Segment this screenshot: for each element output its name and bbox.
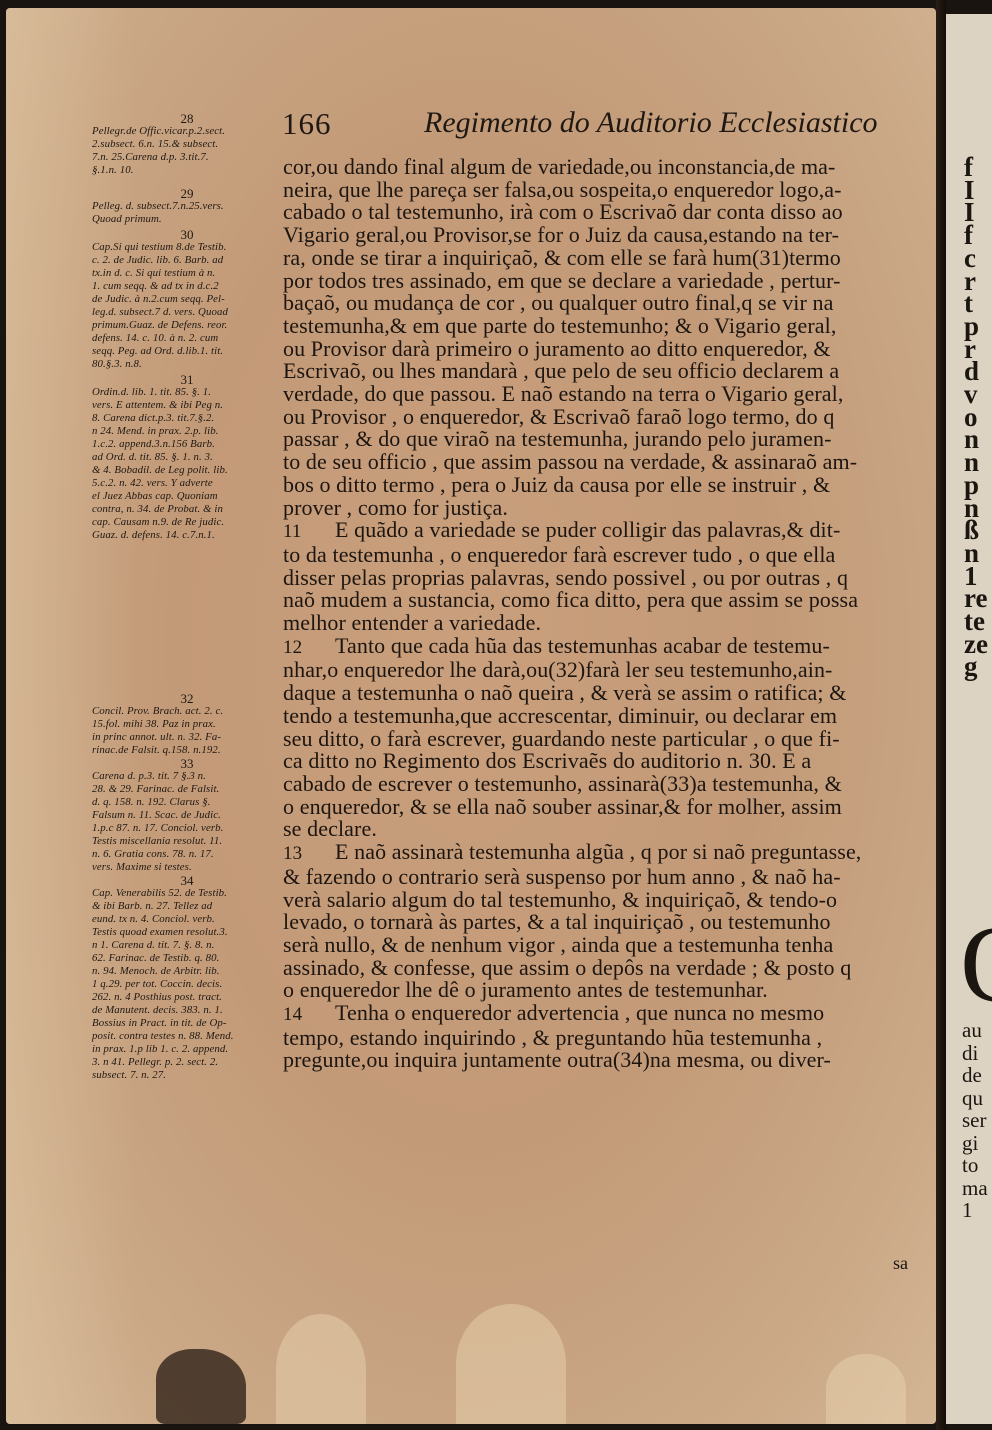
margin-notes: 28Pellegr.de Offic.vicar.p.2.sect.2.subs… (92, 112, 282, 1082)
note-line: contra, n. 34. de Probat. & in (92, 503, 282, 516)
note-number: 31 (92, 373, 282, 386)
note-line: el Juez Abbas cap. Quoniam (92, 490, 282, 503)
note-line: n. 6. Gratia cons. 78. n. 17. (92, 848, 282, 861)
note-line: in princ annot. ult. n. 32. Fa- (92, 731, 282, 744)
text-line: E naõ assinarà testemunha algũa , q por … (335, 839, 861, 864)
note-line: eund. tx n. 4. Conciol. verb. (92, 913, 282, 926)
note-line: Cap.Si qui testium 8.de Testib. (92, 241, 282, 254)
text-line: cor,ou dando final algum de variedade,ou… (283, 156, 923, 179)
ink-stain (156, 1349, 246, 1424)
note-line: 3. n 41. Pellegr. p. 2. sect. 2. (92, 1056, 282, 1069)
note-line: vers. E attentem. & ibi Peg n. (92, 399, 282, 412)
facing-text-fragment: au (962, 1020, 982, 1041)
text-line: passar , & do que viraõ na testemunha, j… (283, 428, 923, 451)
section-first-line: 14Tenha o enqueredor advertencia , que n… (283, 1002, 923, 1027)
text-line: ca ditto no Regimento dos Escrivaẽs do a… (283, 750, 923, 773)
text-line: neira, que lhe pareça ser falsa,ou sospe… (283, 179, 923, 202)
text-line: bos o ditto termo , pera o Juiz da causa… (283, 474, 923, 497)
running-title: Regimento do Auditorio Ecclesiastico (424, 106, 878, 140)
note-line: n 24. Mend. in prax. 2.p. lib. (92, 425, 282, 438)
facing-text-fragment: gi (962, 1133, 978, 1154)
note-line: seqq. Peg. ad Ord. d.lib.1. tit. (92, 345, 282, 358)
note-line: Ordin.d. lib. 1. tit. 85. §. 1. (92, 386, 282, 399)
note-line: Testis miscellania resolut. 11. (92, 835, 282, 848)
text-line: & fazendo o contrario serà suspenso por … (283, 866, 923, 889)
text-line: daque a testemunha o naõ queira , & verà… (283, 682, 923, 705)
section-first-line: 12Tanto que cada hũa das testemunhas aca… (283, 635, 923, 660)
note-line: 28. & 29. Farinac. de Falsit. (92, 783, 282, 796)
note-line: c. 2. de Judic. lib. 6. Barb. ad (92, 254, 282, 267)
note-number: 32 (92, 692, 282, 705)
note-line: de Manutent. decis. 383. n. 1. (92, 1004, 282, 1017)
note-line: 1. cum seqq. & ad tx in d.c.2 (92, 280, 282, 293)
facing-text-fragment: ma (962, 1178, 988, 1199)
note-line: Carena d. p.3. tit. 7 §.3 n. (92, 770, 282, 783)
text-line: verà salario algum do tal testemunho, & … (283, 889, 923, 912)
text-line: tempo, estando inquirindo , & preguntand… (283, 1027, 923, 1050)
facing-text-fragment: to (962, 1155, 978, 1176)
note-number: 34 (92, 874, 282, 887)
section-number: 12 (283, 637, 335, 660)
section-number: 13 (283, 843, 335, 866)
margin-note: 34Cap. Venerabilis 52. de Testib.& ibi B… (92, 874, 282, 1082)
margin-note: 29Pelleg. d. subsect.7.n.25.vers.Quoad p… (92, 187, 282, 226)
note-line: & ibi Barb. n. 27. Tellez ad (92, 900, 282, 913)
text-line: serà nullo, & de nenhum vigor , ainda qu… (283, 934, 923, 957)
numbered-section: 11E quãdo a variedade se puder colligir … (283, 519, 923, 635)
note-line: d. q. 158. n. 192. Clarus §. (92, 796, 282, 809)
text-line: Tanto que cada hũa das testemunhas acaba… (335, 633, 830, 658)
note-line: 8. Carena dict.p.3. tit.7.§.2. (92, 412, 282, 425)
note-line: Falsum n. 11. Scac. de Judic. (92, 809, 282, 822)
text-line: tendo a testemunha,que accrescentar, dim… (283, 705, 923, 728)
note-line: Concil. Prov. Brach. act. 2. c. (92, 705, 282, 718)
numbered-section: 14Tenha o enqueredor advertencia , que n… (283, 1002, 923, 1072)
note-line: subsect. 7. n. 27. (92, 1069, 282, 1082)
facing-text-fragment: ser (962, 1110, 987, 1131)
note-line: Guaz. d. defens. 14. c.7.n.1. (92, 529, 282, 542)
text-line: se declare. (283, 818, 923, 841)
catchword: sa (893, 1253, 908, 1274)
note-line: posit. contra testes n. 88. Mend. (92, 1030, 282, 1043)
note-line: 1.c.2. append.3.n.156 Barb. (92, 438, 282, 451)
note-line: n. 94. Menoch. de Arbitr. lib. (92, 965, 282, 978)
text-line: nhar,o enqueredor lhe darà,ou(32)farà le… (283, 659, 923, 682)
text-line: testemunha,& em que parte do testemunho;… (283, 315, 923, 338)
numbered-section: 13E naõ assinarà testemunha algũa , q po… (283, 841, 923, 1002)
note-line: defens. 14. c. 10. à n. 2. cum (92, 332, 282, 345)
text-line: baçaõ, ou mudança de cor , ou qualquer o… (283, 292, 923, 315)
text-line: por todos tres assinado, em que se decla… (283, 270, 923, 293)
margin-note: 32Concil. Prov. Brach. act. 2. c.15.fol.… (92, 692, 282, 757)
note-line: §.1.n. 10. (92, 164, 282, 177)
book-gutter (936, 0, 946, 1430)
facing-text-fragment: di (962, 1043, 978, 1064)
text-line: o enqueredor lhe dê o juramento antes de… (283, 979, 923, 1002)
note-line: primum.Guaz. de Defens. reor. (92, 319, 282, 332)
drop-cap: O (960, 919, 992, 1009)
text-line: Escrivaõ, ou lhes mandarà , que pelo de … (283, 360, 923, 383)
note-line: Cap. Venerabilis 52. de Testib. (92, 887, 282, 900)
text-line: disser pelas proprias palavras, sendo po… (283, 567, 923, 590)
text-line: pregunte,ou inquira juntamente outra(34)… (283, 1049, 923, 1072)
note-line: tx.in d. c. Si qui testium à n. (92, 267, 282, 280)
text-line: naõ mudem a sustancia, como fica ditto, … (283, 589, 923, 612)
text-line: ou Provisor , o enqueredor, & Escrivaõ f… (283, 406, 923, 429)
note-line: 15.fol. mihi 38. Paz in prax. (92, 718, 282, 731)
text-line: Tenha o enqueredor advertencia , que nun… (335, 1000, 824, 1025)
numbered-section: 12Tanto que cada hũa das testemunhas aca… (283, 635, 923, 841)
section-number: 14 (283, 1004, 335, 1027)
water-stain (456, 1304, 566, 1424)
text-line: melhor entender a variedade. (283, 612, 923, 635)
note-line: 1.p.c 87. n. 17. Conciol. verb. (92, 822, 282, 835)
note-line: 2.subsect. 6.n. 15.& subsect. (92, 138, 282, 151)
note-line: ad Ord. d. tit. 85. §. 1. n. 3. (92, 451, 282, 464)
margin-note: 33Carena d. p.3. tit. 7 §.3 n.28. & 29. … (92, 757, 282, 874)
text-line: levado, o tornarà às partes, & a tal inq… (283, 911, 923, 934)
note-line: 7.n. 25.Carena d.p. 3.tit.7. (92, 151, 282, 164)
text-line: seu ditto, o farà escrever, guardando ne… (283, 728, 923, 751)
text-line: verdade, do que passou. E naõ estando na… (283, 383, 923, 406)
facing-text-fragment: qu (962, 1088, 983, 1109)
note-line: Pelleg. d. subsect.7.n.25.vers. (92, 200, 282, 213)
text-line: ra, onde se tirar a inquiriçaõ, & com el… (283, 247, 923, 270)
note-line: n 1. Carena d. tit. 7. §. 8. n. (92, 939, 282, 952)
note-number: 30 (92, 228, 282, 241)
note-number: 33 (92, 757, 282, 770)
facing-text-fragment: g (964, 653, 978, 680)
note-line: de Judic. à n.2.cum seqq. Pel- (92, 293, 282, 306)
note-line: 80.§.3. n.8. (92, 358, 282, 371)
text-line: to da testemunha , o enqueredor farà esc… (283, 544, 923, 567)
note-line: Quoad primum. (92, 213, 282, 226)
note-number: 29 (92, 187, 282, 200)
text-line: Vigario geral,ou Provisor,se for o Juiz … (283, 224, 923, 247)
margin-note: 30Cap.Si qui testium 8.de Testib.c. 2. d… (92, 228, 282, 371)
margin-note: 31Ordin.d. lib. 1. tit. 85. §. 1.vers. E… (92, 373, 282, 542)
main-text: cor,ou dando final algum de variedade,ou… (283, 156, 923, 1072)
note-number: 28 (92, 112, 282, 125)
note-line: in prax. 1.p lib 1. c. 2. append. (92, 1043, 282, 1056)
section-number: 11 (283, 521, 335, 544)
text-line: to de seu officio , que assim passou na … (283, 451, 923, 474)
note-line: 1 q.29. per tot. Coccin. decis. (92, 978, 282, 991)
note-line: 5.c.2. n. 42. vers. Y adverte (92, 477, 282, 490)
water-stain (826, 1354, 906, 1424)
text-line: cabado o tal testemunho, irà com o Escri… (283, 201, 923, 224)
text-line: E quãdo a variedade se puder colligir da… (335, 517, 840, 542)
facing-page: O fIIfcrtprdvonnpnßn1retezegaudidequserg… (946, 14, 992, 1424)
text-line: cabado de escrever o testemunho, assinar… (283, 773, 923, 796)
text-line: ou Provisor darà primeiro o juramento ao… (283, 338, 923, 361)
note-line: leg.d. subsect.7 d. vers. Quoad (92, 306, 282, 319)
note-line: Pellegr.de Offic.vicar.p.2.sect. (92, 125, 282, 138)
section-first-line: 13E naõ assinarà testemunha algũa , q po… (283, 841, 923, 866)
section-first-line: 11E quãdo a variedade se puder colligir … (283, 519, 923, 544)
text-line: prover , como for justiça. (283, 497, 923, 520)
note-line: & 4. Bobadil. de Leg polit. lib. (92, 464, 282, 477)
margin-note: 28Pellegr.de Offic.vicar.p.2.sect.2.subs… (92, 112, 282, 177)
note-line: Testis quoad examen resolut.3. (92, 926, 282, 939)
text-line: assinado, & confesse, que assim o depôs … (283, 957, 923, 980)
text-line: o enqueredor, & se ella naõ souber assin… (283, 796, 923, 819)
facing-text-fragment: 1 (962, 1200, 973, 1221)
note-line: 262. n. 4 Posthius post. tract. (92, 991, 282, 1004)
facing-text-fragment: de (962, 1065, 982, 1086)
note-line: 62. Farinac. de Testib. q. 80. (92, 952, 282, 965)
water-stain (276, 1314, 366, 1424)
page-number: 166 (282, 106, 332, 142)
note-line: cap. Causam n.9. de Re judic. (92, 516, 282, 529)
page-header: 166 Regimento do Auditorio Ecclesiastico (282, 106, 832, 146)
note-line: Bossius in Pract. in tit. de Op- (92, 1017, 282, 1030)
